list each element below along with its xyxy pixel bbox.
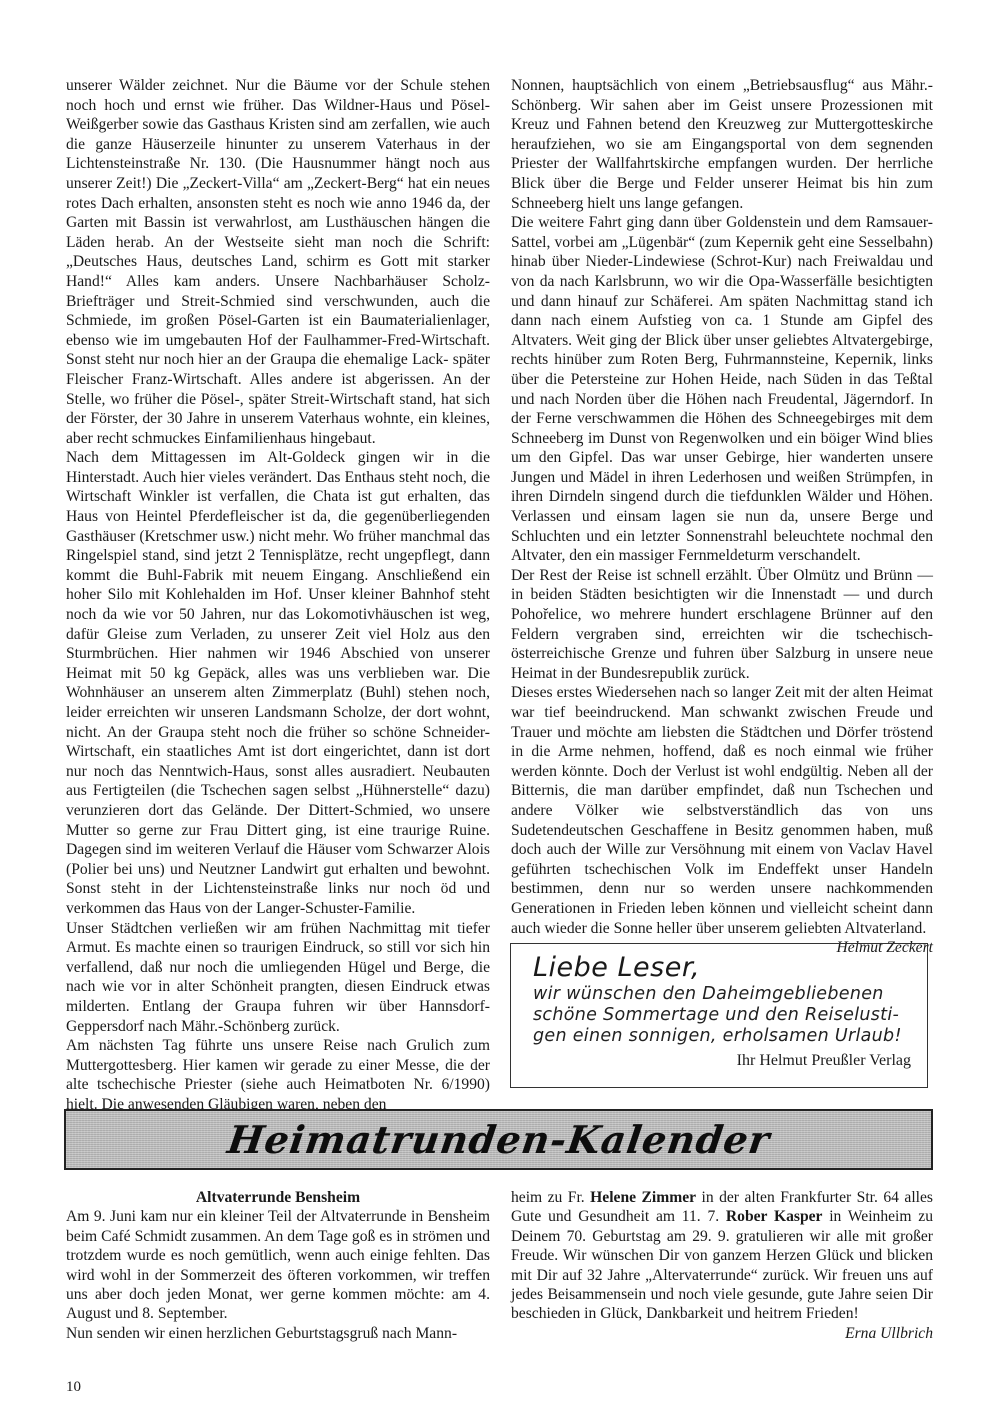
article-paragraph: Am nächsten Tag führte uns unsere Reise … <box>66 1036 490 1114</box>
calendar-right-column: heim zu Fr. Helene Zimmer in der alten F… <box>511 1188 933 1343</box>
article-closing-text: Dieses erstes Wiedersehen nach so langer… <box>511 684 933 936</box>
calendar-heading: Altvaterrunde Bensheim <box>66 1188 490 1207</box>
calendar-left-column: Altvaterrunde Bensheim Am 9. Juni kam nu… <box>66 1188 490 1343</box>
article-paragraph: Die weitere Fahrt ging dann über Goldens… <box>511 213 933 566</box>
calendar-text: in Weinheim zu Deinem 70. Geburtstag am … <box>511 1208 933 1322</box>
article-paragraph: Unser Städtchen verließen wir am frühen … <box>66 919 490 1037</box>
article-paragraph: Nonnen, hauptsächlich von einem „Betrieb… <box>511 76 933 213</box>
calendar-paragraph: heim zu Fr. Helene Zimmer in der alten F… <box>511 1188 933 1324</box>
article-paragraph: Der Rest der Reise ist schnell erzählt. … <box>511 566 933 684</box>
reader-greeting-box: Liebe Leser, wir wünschen den Daheimgebl… <box>510 943 928 1088</box>
person-name-bold: Rober Kasper <box>726 1208 823 1225</box>
calendar-text: heim zu Fr. <box>511 1189 590 1206</box>
article-left-column: unserer Wälder zeichnet. Nur die Bäume v… <box>66 76 490 1114</box>
calendar-author-signature: Erna Ullbrich <box>845 1324 933 1343</box>
calendar-paragraph: Nun senden wir einen herzlichen Geburtst… <box>66 1324 490 1343</box>
greeting-salutation: Liebe Leser, <box>533 952 911 984</box>
article-paragraph: unserer Wälder zeichnet. Nur die Bäume v… <box>66 76 490 448</box>
greeting-message-line: schöne Sommertage und den Reiselusti- <box>533 1005 911 1026</box>
section-banner: Heimatrunden-Kalender <box>64 1109 933 1170</box>
greeting-message-line: gen einen sonnigen, erholsamen Urlaub! <box>533 1026 911 1047</box>
page-number: 10 <box>66 1379 81 1396</box>
article-paragraph: Dieses erstes Wiedersehen nach so langer… <box>511 683 933 938</box>
article-right-column: Nonnen, hauptsächlich von einem „Betrieb… <box>511 76 933 958</box>
greeting-message-line: wir wünschen den Daheimgebliebenen <box>533 984 911 1005</box>
person-name-bold: Helene Zimmer <box>590 1189 696 1206</box>
banner-title: Heimatrunden-Kalender <box>224 1117 772 1162</box>
article-paragraph: Nach dem Mittagessen im Alt-Goldeck ging… <box>66 448 490 918</box>
calendar-paragraph: Am 9. Juni kam nur ein kleiner Teil der … <box>66 1207 490 1323</box>
greeting-publisher: Ihr Helmut Preußler Verlag <box>533 1049 911 1073</box>
